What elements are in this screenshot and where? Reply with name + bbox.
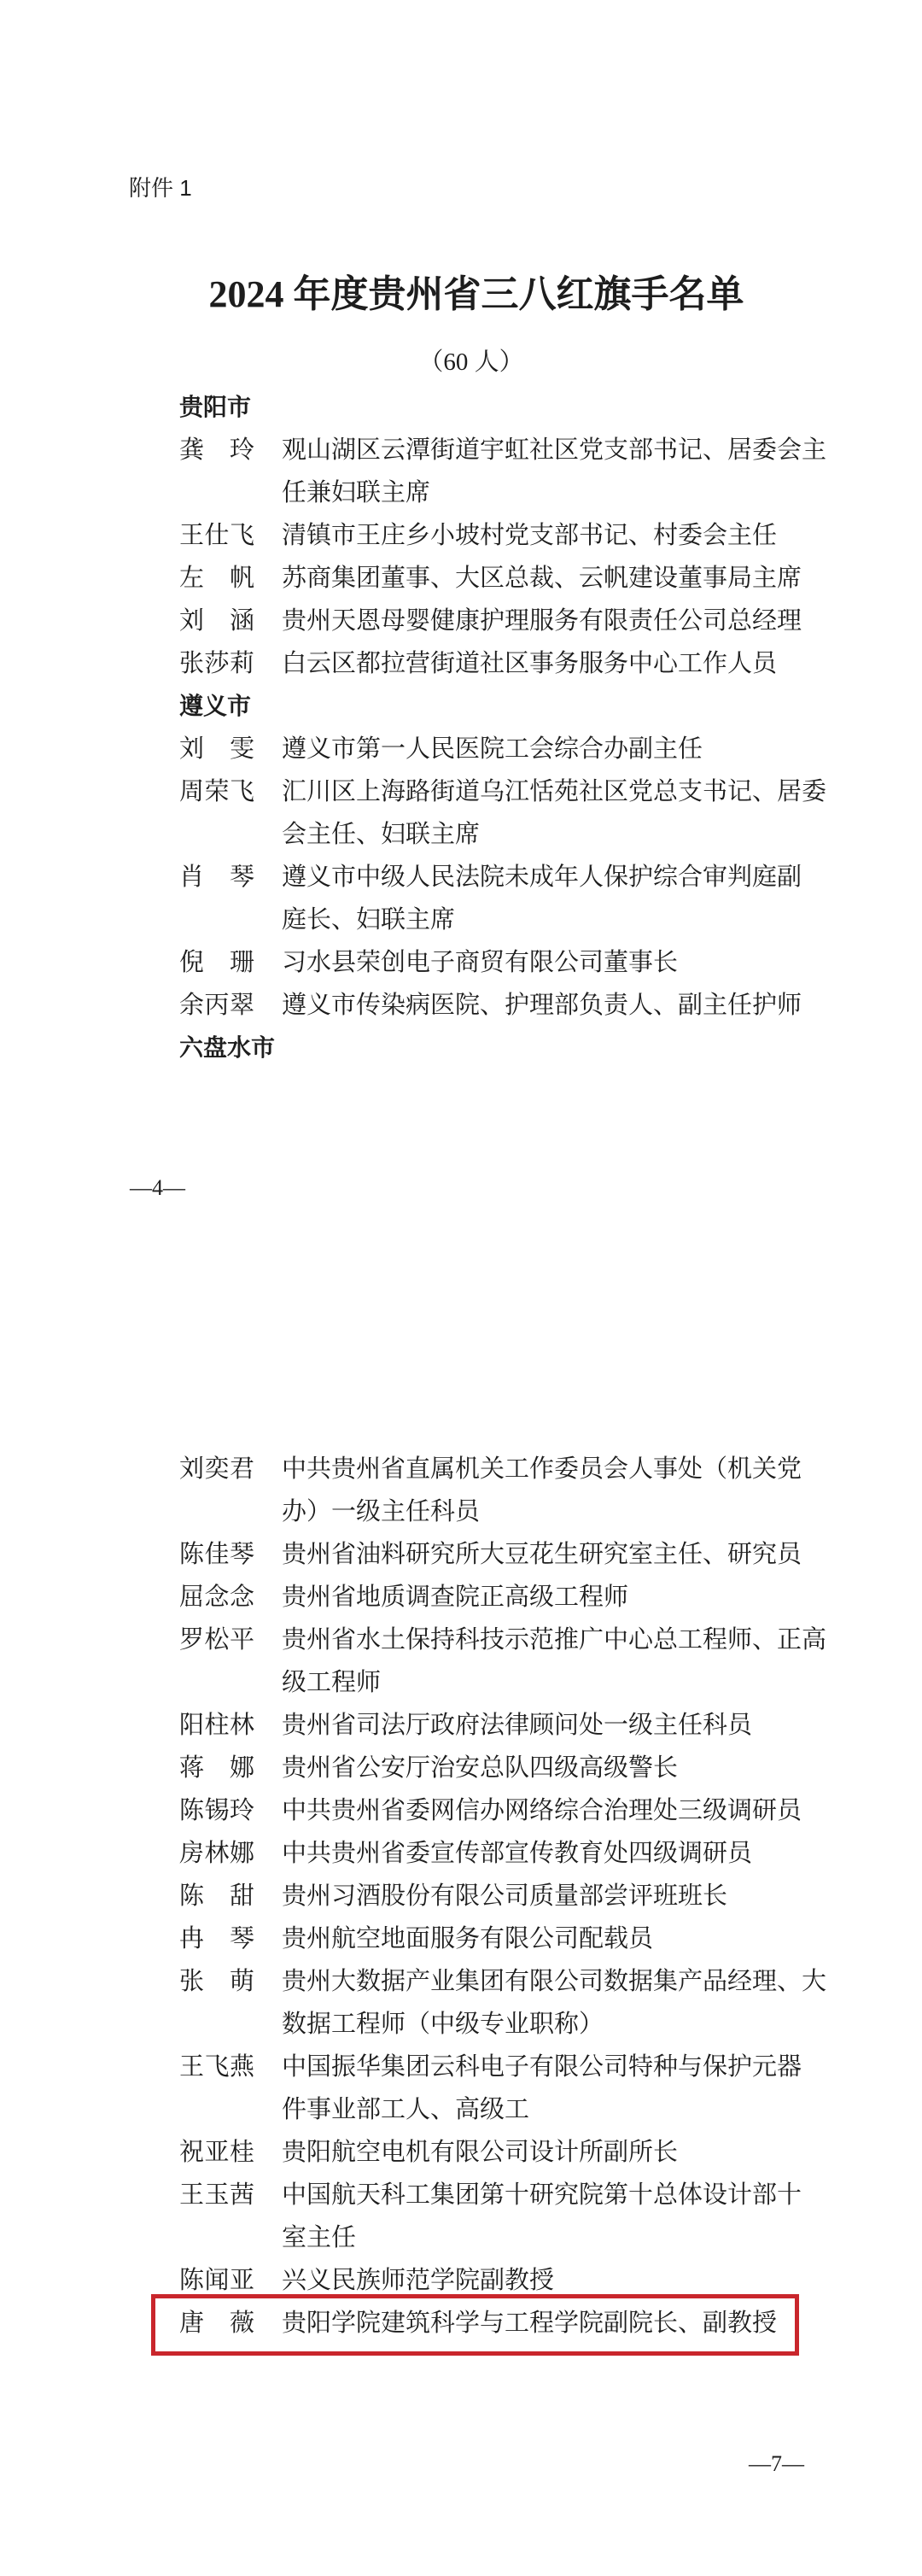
entry-name: 陈锡玲 (179, 1795, 254, 1826)
entry-description-line: 白云区都拉营街道社区事务服务中心工作人员 (282, 648, 777, 679)
entry-name: 倪珊 (179, 947, 254, 978)
entry-description-line: 贵州天恩母婴健康护理服务有限责任公司总经理 (282, 606, 802, 636)
entry-description-line: 贵州省水土保持科技示范推广中心总工程师、正高 (282, 1625, 826, 1655)
entry-description-line: 中国航天科工集团第十研究院第十总体设计部十 (282, 2180, 802, 2210)
entry-name: 屈念念 (179, 1582, 254, 1613)
entry-description-line: 中共贵州省委宣传部宣传教育处四级调研员 (282, 1838, 752, 1869)
page-number-7: —7— (749, 2449, 804, 2479)
entry-description-line: 习水县荣创电子商贸有限公司董事长 (282, 947, 678, 978)
entry-name: 陈佳琴 (179, 1539, 254, 1570)
entry-description-line: 会主任、妇联主席 (282, 819, 480, 850)
document-title: 2024 年度贵州省三八红旗手名单 (85, 269, 867, 320)
entry-name: 张莎莉 (179, 648, 254, 679)
entry-description-line: 任兼妇联主席 (282, 477, 430, 508)
entry-description-line: 贵州省油料研究所大豆花生研究室主任、研究员 (282, 1539, 802, 1570)
entry-name: 刘涵 (179, 606, 254, 636)
entry-description-line: 办）一级主任科员 (282, 1496, 480, 1527)
entry-description-line: 贵州大数据产业集团有限公司数据集产品经理、大 (282, 1966, 826, 1997)
entry-name: 房林娜 (179, 1838, 254, 1869)
entry-description-line: 观山湖区云潭街道宇虹社区党支部书记、居委会主 (282, 435, 826, 465)
entry-name: 唐薇 (179, 2308, 254, 2339)
entry-description-line: 庭长、妇联主席 (282, 905, 455, 935)
entry-name: 刘奕君 (179, 1454, 254, 1484)
person-count: （60 人） (85, 347, 857, 378)
entry-description-line: 汇川区上海路街道乌江恬苑社区党总支书记、居委 (282, 776, 826, 807)
entry-name: 阳柱林 (179, 1710, 254, 1741)
entry-name: 龚玲 (179, 435, 254, 465)
entry-description-line: 贵州省公安厅治安总队四级高级警长 (282, 1753, 678, 1783)
entry-description-line: 贵阳学院建筑科学与工程学院副院长、副教授 (282, 2308, 777, 2339)
entry-name: 王仕飞 (179, 520, 254, 551)
entry-description-line: 室主任 (282, 2222, 356, 2253)
entry-description-line: 贵州省司法厅政府法律顾问处一级主任科员 (282, 1710, 752, 1741)
section-city-header: 遵义市 (179, 691, 251, 722)
entry-description-line: 中共贵州省委网信办网络综合治理处三级调研员 (282, 1795, 802, 1826)
entry-name: 祝亚桂 (179, 2137, 254, 2168)
section-city-header: 六盘水市 (179, 1033, 275, 1063)
entry-description-line: 中国振华集团云科电子有限公司特种与保护元器 (282, 2052, 802, 2082)
entry-name: 刘雯 (179, 734, 254, 764)
entry-description-line: 遵义市传染病医院、护理部负责人、副主任护师 (282, 990, 802, 1021)
entry-description-line: 级工程师 (282, 1667, 381, 1698)
entry-name: 张萌 (179, 1966, 254, 1997)
entry-name: 肖琴 (179, 862, 254, 893)
entry-description-line: 贵州习酒股份有限公司质量部尝评班班长 (282, 1881, 727, 1912)
entry-name: 王飞燕 (179, 2052, 254, 2082)
entry-name: 陈闻亚 (179, 2265, 254, 2296)
entry-description-line: 清镇市王庄乡小坡村党支部书记、村委会主任 (282, 520, 777, 551)
entry-description-line: 苏商集团董事、大区总裁、云帆建设董事局主席 (282, 563, 802, 594)
entry-name: 冉琴 (179, 1923, 254, 1954)
document-scan: 附件 1 2024 年度贵州省三八红旗手名单 （60 人） 贵阳市龚玲观山湖区云… (0, 0, 922, 2576)
entry-name: 罗松平 (179, 1625, 254, 1655)
entry-name: 蒋娜 (179, 1753, 254, 1783)
entry-description-line: 件事业部工人、高级工 (282, 2094, 529, 2125)
entry-description-line: 遵义市第一人民医院工会综合办副主任 (282, 734, 703, 764)
entry-description-line: 遵义市中级人民法院未成年人保护综合审判庭副 (282, 862, 802, 893)
entry-description-line: 贵阳航空电机有限公司设计所副所长 (282, 2137, 678, 2168)
entry-description-line: 兴义民族师范学院副教授 (282, 2265, 554, 2296)
entry-name: 周荣飞 (179, 776, 254, 807)
entry-name: 王玉茜 (179, 2180, 254, 2210)
entry-name: 陈甜 (179, 1881, 254, 1912)
section-city-header: 贵阳市 (179, 392, 251, 423)
entry-description-line: 中共贵州省直属机关工作委员会人事处（机关党 (282, 1454, 802, 1484)
entry-description-line: 贵州航空地面服务有限公司配载员 (282, 1923, 653, 1954)
entry-name: 余丙翠 (179, 990, 254, 1021)
entry-name: 左帆 (179, 563, 254, 594)
page-number-4: —4— (130, 1173, 185, 1203)
attachment-label: 附件 1 (129, 173, 192, 203)
entry-description-line: 贵州省地质调查院正高级工程师 (282, 1582, 628, 1613)
entry-description-line: 数据工程师（中级专业职称） (282, 2009, 604, 2040)
